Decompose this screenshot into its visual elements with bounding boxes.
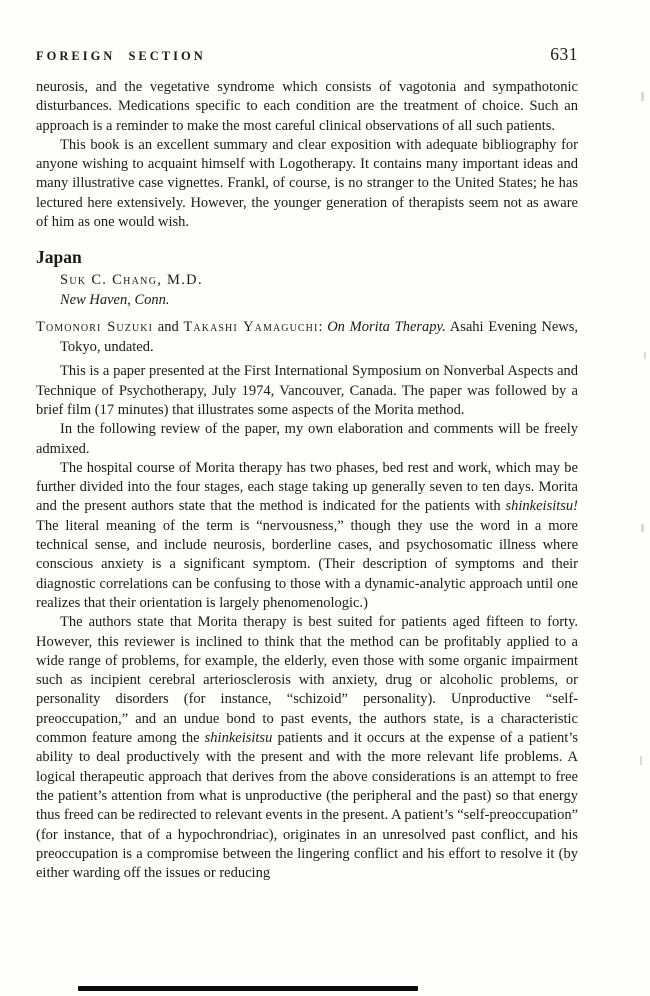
paragraph-review-note: In the following review of the paper, my… [36,420,578,459]
reviewer-name: Suk C. Chang, M.D. [36,271,578,291]
section-heading-japan: Japan [36,247,578,268]
scan-artifact-bar [78,986,418,991]
scan-artifact [640,756,642,765]
paragraph-hospital-course: The hospital course of Morita therapy ha… [36,459,578,613]
paragraph-continuation: neurosis, and the vegetative syndrome wh… [36,78,578,136]
reviewer-location: New Haven, Conn. [36,291,578,311]
page-number: 631 [550,44,578,65]
running-head-section-label: FOREIGN SECTION [36,49,206,64]
scan-artifact [641,524,644,532]
paragraph-symposium-intro: This is a paper presented at the First I… [36,362,578,420]
scanned-page: FOREIGN SECTION 631 neurosis, and the ve… [36,44,578,883]
scan-artifact [641,92,644,101]
scan-artifact [644,352,646,359]
paragraph-authors-statement: The authors state that Morita therapy is… [36,613,578,883]
article-citation: Tomonori Suzuki and Takashi Yamaguchi: O… [36,318,578,357]
paragraph-book-review-summary: This book is an excellent summary and cl… [36,136,578,232]
page-header: FOREIGN SECTION 631 [36,44,578,65]
